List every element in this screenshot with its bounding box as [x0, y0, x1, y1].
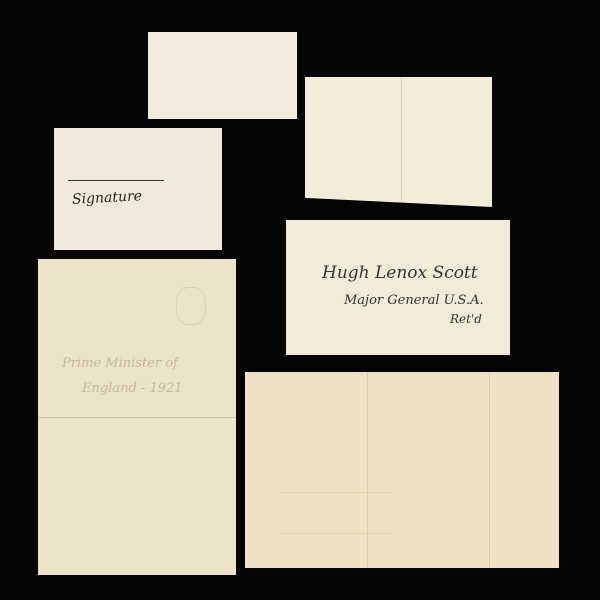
fold-line — [489, 372, 490, 568]
hugh-scott-card: Hugh Lenox Scott Major General U.S.A. Re… — [286, 220, 510, 355]
signature-rule — [68, 180, 164, 181]
scott-title: Major General U.S.A. — [344, 293, 484, 308]
fold-line — [367, 372, 368, 568]
fold-line — [38, 417, 236, 418]
blank-folded-card — [305, 77, 492, 207]
scott-name: Hugh Lenox Scott — [322, 263, 478, 283]
fold-line — [401, 77, 402, 207]
faded-letter — [245, 372, 559, 568]
faded-text — [281, 492, 391, 534]
prime-minister-note: Prime Minister of England - 1921 — [38, 259, 236, 575]
embossed-crest — [176, 287, 206, 325]
pm-line1: Prime Minister of — [62, 356, 178, 371]
signature-text: Signature — [72, 188, 143, 208]
signed-card: Signature — [54, 128, 222, 250]
pm-line2: England - 1921 — [82, 381, 183, 396]
blank-card-top — [148, 32, 297, 119]
scott-retired: Ret'd — [450, 312, 482, 326]
